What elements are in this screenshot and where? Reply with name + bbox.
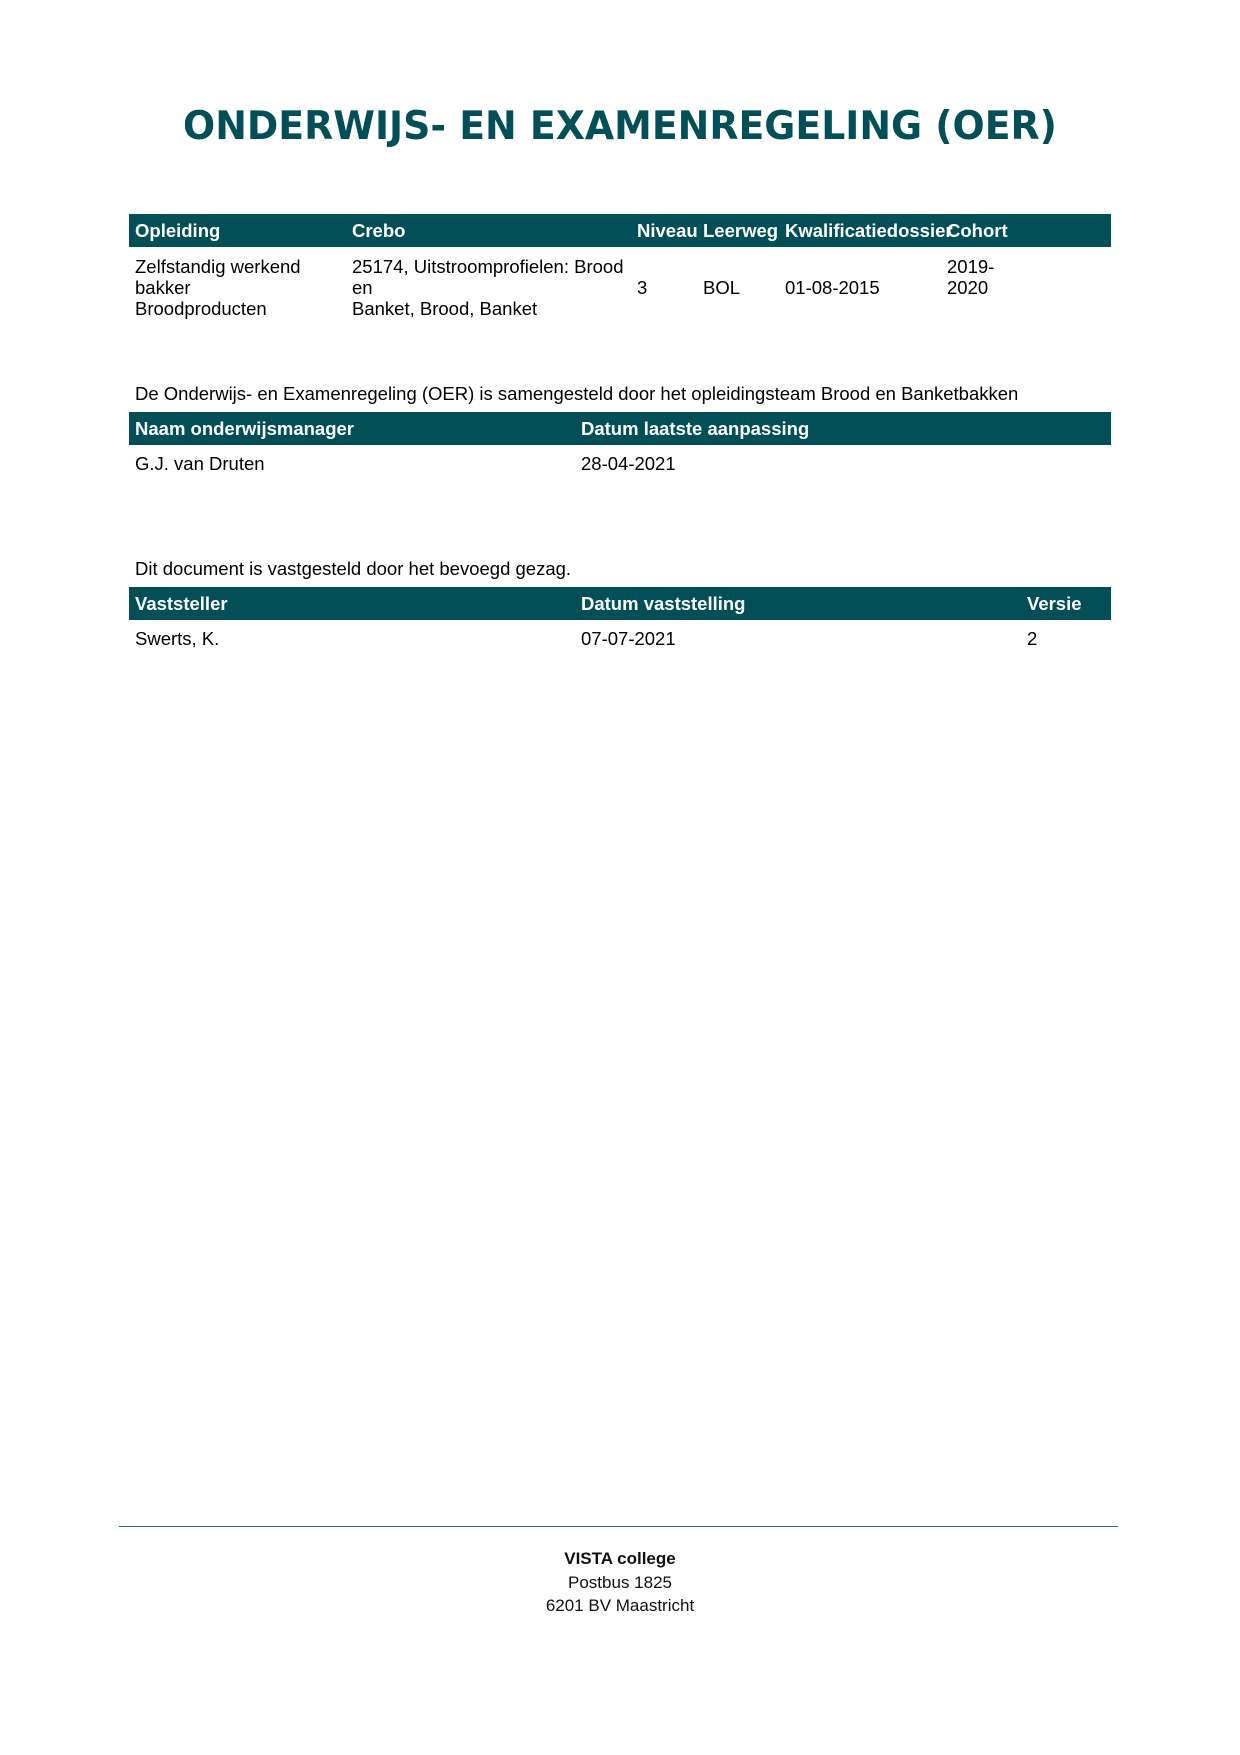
column-header-vaststeller: Vaststeller: [129, 587, 575, 620]
cell-opleiding: Zelfstandig werkend bakker Broodproducte…: [129, 247, 346, 319]
column-header-cohort: Cohort: [941, 214, 1111, 247]
opleiding-line-2: Broodproducten: [135, 298, 340, 319]
program-table: Opleiding Crebo Niveau Leerweg Kwalifica…: [129, 214, 1111, 319]
cohort-line-2: 2020: [947, 277, 1105, 298]
cell-vaststeller: Swerts, K.: [129, 620, 575, 649]
program-table-header-row: Opleiding Crebo Niveau Leerweg Kwalifica…: [129, 214, 1111, 247]
column-header-last-modified: Datum laatste aanpassing: [575, 412, 1111, 445]
table-row: G.J. van Druten 28-04-2021: [129, 445, 1111, 474]
cell-niveau: 3: [631, 247, 697, 319]
cell-manager: G.J. van Druten: [129, 445, 575, 474]
column-header-opleiding: Opleiding: [129, 214, 346, 247]
column-header-leerweg: Leerweg: [697, 214, 779, 247]
footer-address-line-2: 6201 BV Maastricht: [0, 1594, 1240, 1618]
crebo-line-1: 25174, Uitstroomprofielen: Brood en: [352, 256, 625, 298]
column-header-crebo: Crebo: [346, 214, 631, 247]
composition-table-header-row: Naam onderwijsmanager Datum laatste aanp…: [129, 412, 1111, 445]
footer-divider: [119, 1526, 1118, 1527]
column-header-niveau: Niveau: [631, 214, 697, 247]
column-header-datum-vaststelling: Datum vaststelling: [575, 587, 1021, 620]
column-header-versie: Versie: [1021, 587, 1111, 620]
footer: VISTA college Postbus 1825 6201 BV Maast…: [0, 1547, 1240, 1618]
column-header-kwalificatiedossier: Kwalificatiedossier: [779, 214, 941, 247]
composition-intro: De Onderwijs- en Examenregeling (OER) is…: [135, 383, 1018, 405]
cell-last-modified: 28-04-2021: [575, 445, 1111, 474]
composition-table: Naam onderwijsmanager Datum laatste aanp…: [129, 412, 1111, 474]
opleiding-line-1: Zelfstandig werkend bakker: [135, 256, 340, 298]
cell-leerweg: BOL: [697, 247, 779, 319]
crebo-line-2: Banket, Brood, Banket: [352, 298, 625, 319]
column-header-manager: Naam onderwijsmanager: [129, 412, 575, 445]
establishment-table-header-row: Vaststeller Datum vaststelling Versie: [129, 587, 1111, 620]
cell-kwalificatiedossier: 01-08-2015: [779, 247, 941, 319]
page-title: ONDERWIJS- EN EXAMENREGELING (OER): [19, 104, 1222, 149]
cell-versie: 2: [1021, 620, 1111, 649]
cell-cohort: 2019- 2020: [941, 247, 1111, 319]
table-row: Zelfstandig werkend bakker Broodproducte…: [129, 247, 1111, 319]
cell-crebo: 25174, Uitstroomprofielen: Brood en Bank…: [346, 247, 631, 319]
establishment-table: Vaststeller Datum vaststelling Versie Sw…: [129, 587, 1111, 649]
table-row: Swerts, K. 07-07-2021 2: [129, 620, 1111, 649]
establishment-intro: Dit document is vastgesteld door het bev…: [135, 558, 571, 580]
footer-address-line-1: Postbus 1825: [0, 1571, 1240, 1595]
footer-organization: VISTA college: [0, 1547, 1240, 1571]
cell-datum-vaststelling: 07-07-2021: [575, 620, 1021, 649]
cohort-line-1: 2019-: [947, 256, 1105, 277]
